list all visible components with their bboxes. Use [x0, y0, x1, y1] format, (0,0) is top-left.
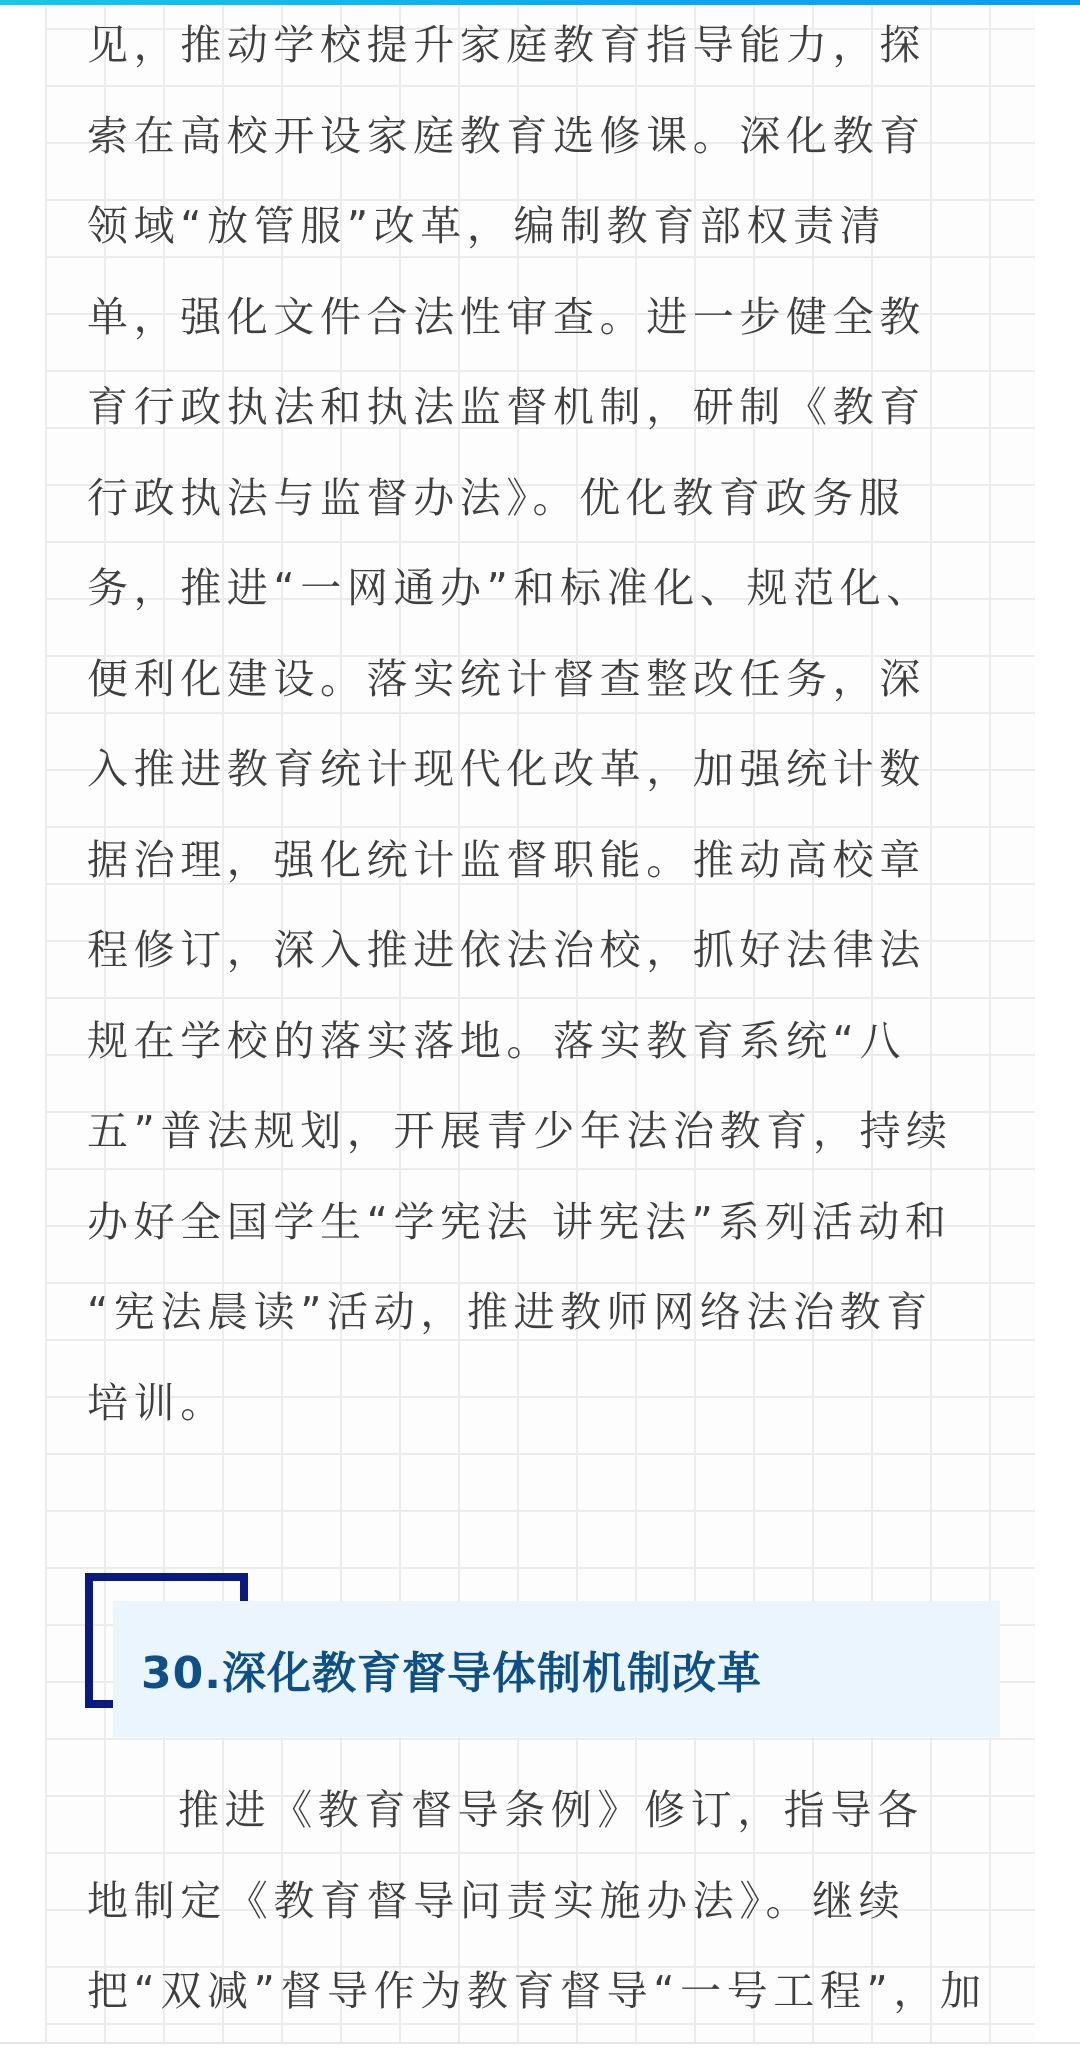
text-line: 五”普法规划，开展青少年法治教育，持续 [87, 1086, 997, 1177]
text-line: 领域“放管服”改革，编制教育部权责清 [87, 181, 997, 272]
text-line: 据治理，强化统计监督职能。推动高校章 [87, 815, 997, 906]
article-paragraph-before: 见，推动学校提升家庭教育指导能力，探 索在高校开设家庭教育选修课。深化教育 领域… [87, 0, 997, 1448]
text-line: 务，推进“一网通办”和标准化、规范化、 [87, 543, 997, 634]
text-line: 规在学校的落实落地。落实教育系统“八 [87, 996, 997, 1087]
section-heading: 30.深化教育督导体制机制改革 [85, 1573, 1000, 1738]
text-line: 办好全国学生“学宪法 讲宪法”系列活动和 [87, 1177, 997, 1268]
text-line: 程修订，深入推进依法治校，抓好法律法 [87, 905, 997, 996]
text-line: “宪法晨读”活动，推进教师网络法治教育 [87, 1267, 997, 1358]
text-line: 索在高校开设家庭教育选修课。深化教育 [87, 91, 997, 182]
text-line: 单，强化文件合法性审查。进一步健全教 [87, 272, 997, 363]
text-line: 培训。 [87, 1358, 997, 1449]
article-paragraph-after: 推进《教育督导条例》修订，指导各 地制定《教育督导问责实施办法》。继续 把“双减… [87, 1765, 997, 2037]
text-line: 地制定《教育督导问责实施办法》。继续 [87, 1856, 997, 1947]
text-line: 把“双减”督导作为教育督导“一号工程”，加 [87, 1946, 997, 2037]
text-line: 行政执法与监督办法》。优化教育政务服 [87, 453, 997, 544]
text-line: 推进《教育督导条例》修订，指导各 [87, 1765, 997, 1856]
section-title: 30.深化教育督导体制机制改革 [141, 1649, 762, 1699]
bottom-divider [0, 2042, 1080, 2044]
text-line: 入推进教育统计现代化改革，加强统计数 [87, 724, 997, 815]
text-line: 见，推动学校提升家庭教育指导能力，探 [87, 0, 997, 91]
text-line: 育行政执法和执法监督机制，研制《教育 [87, 362, 997, 453]
text-line: 便利化建设。落实统计督查整改任务，深 [87, 634, 997, 725]
